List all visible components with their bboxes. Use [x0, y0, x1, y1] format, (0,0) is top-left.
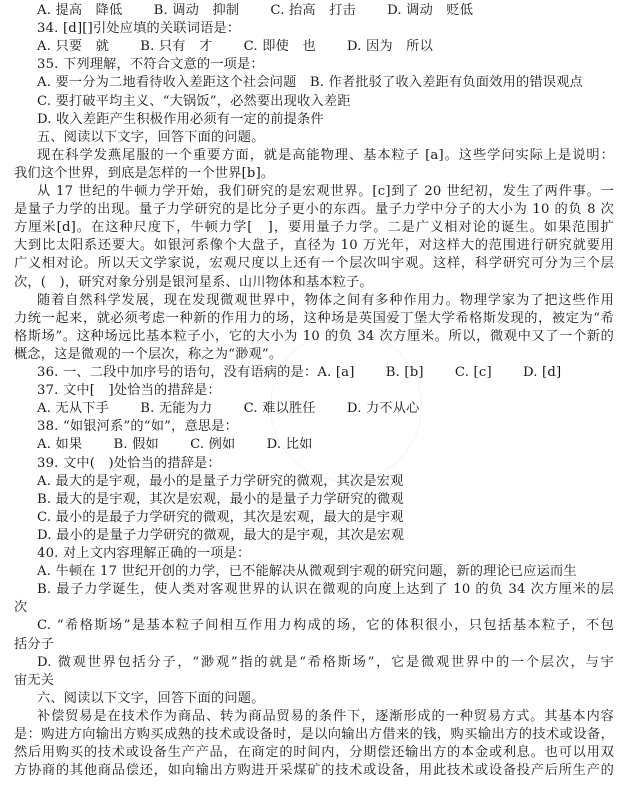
text-line: 广义相对论。所以天文学家说，宏观尺度以上还有一个层次叫宇观。这样，科学研究可分为… [14, 255, 614, 273]
text-line: A. 提高 降低 B. 调动 抑制 C. 抬高 打击 D. 调动 贬低 [37, 2, 614, 20]
text-line: 36. 一、二段中加序号的语句，没有语病的是：A. [a] B. [b] C. … [37, 364, 614, 382]
text-line: 大到比太阳系还要大。如银河系像个大盘子，直径为 10 万光年，对这样大的范围进行… [14, 237, 614, 255]
text-line: A. 牛顿在 17 世纪开创的力学，已不能解决从微观到宇观的研究问题，新的理论已… [37, 563, 614, 581]
text-line: C. “希格斯场”是基本粒子间相互作用力构成的场，它的体积很小，只包括基本粒子，… [37, 617, 614, 635]
text-line: B. 最子力学诞生，使人类对客观世界的认识在微观的向度上达到了 10 的负 34… [37, 581, 614, 599]
text-line: 宙无关 [14, 672, 614, 690]
text-line: C. 最小的是最子力学研究的微观，其次是宏观，最大的是宇观 [37, 509, 614, 527]
text-line: 力统一起来，就必须考虑一种新的作用力的场，这种场是英国爱丁堡大学希格斯发现的，被… [14, 310, 614, 328]
text-line: A. 最大的是宇观，最小的是量子力学研究的微观，其次是宏观 [37, 473, 614, 491]
text-line: 40. 对上文内容理解正确的一项是： [37, 545, 614, 563]
text-line: 方厘米[d]。在这种尺度下，牛顿力学[ ]，要用量子力学。二是广义相对论的诞生。… [14, 219, 614, 237]
text-line: A. 要一分为二地看待收入差距这个社会问题 B. 作者批驳了收入差距有负面效用的… [37, 74, 614, 92]
text-line: C. 要打破平均主义、“大锅饭”，必然要出现收入差距 [37, 93, 614, 111]
text-line: 五、阅读以下文字，回答下面的问题。 [37, 129, 614, 147]
text-line: 随着自然科学发展，现在发现微观世界中，物体之间有多种作用力。物理学家为了把这些作… [37, 292, 614, 310]
text-line: A. 如果 B. 假如 C. 例如 D. 比如 [37, 436, 614, 454]
text-line: D. 微观世界包括分子，“渺观”指的就是“希格斯场”，它是微观世界中的一个层次，… [37, 654, 614, 672]
text-line: 现在科学发燕尾服的一个重要方面，就是高能物理、基本粒子 [a]。这些学问实际上是… [37, 147, 614, 165]
text-line: 我们这个世界，到底是怎样的一个世界[b]。 [14, 165, 614, 183]
text-line: 括分子 [14, 636, 614, 654]
text-line: 概念，这是微观的一个层次，称之为“渺观”。 [14, 346, 614, 364]
text-line: 从 17 世纪的牛顿力学开始，我们研究的是宏观世界。[c]到了 20 世纪初，发… [37, 183, 614, 201]
text-line: 是：购进方向输出方购买成熟的技术或设备时，是以向输出方借来的钱，购买输出方的技术… [14, 726, 614, 744]
text-line: A. 无从下手 B. 无能为力 C. 难以胜任 D. 力不从心 [37, 400, 614, 418]
text-line: 34. [d][]引处应填的关联词语是： [37, 20, 614, 38]
text-line: 37. 文中[ ]处恰当的措辞是： [37, 382, 614, 400]
text-line: 次，( )，研究对象分别是银河星系、山川物体和基本粒子。 [14, 274, 614, 292]
text-line: 补偿贸易是在技术作为商品、转为商品贸易的条件下，逐渐形成的一种贸易方式。其基本内… [37, 708, 614, 726]
text-line: 35. 下列理解，不符合文意的一项是： [37, 56, 614, 74]
text-line: 38. “如银河系”的“如”，意思是： [37, 418, 614, 436]
text-line: A. 只要 就 B. 只有 才 C. 即使 也 D. 因为 所以 [37, 38, 614, 56]
text-line: B. 最大的是宇观，其次是宏观，最小的是量子力学研究的微观 [37, 491, 614, 509]
text-line: 六、阅读以下文字，回答下面的问题。 [37, 690, 614, 708]
text-line: 是量子力学的出现。量子力学研究的是比分子更小的东西。量子力学中分子的大小为 10… [14, 201, 614, 219]
text-line: 次 [14, 599, 614, 617]
text-line: 方协商的其他商品偿还，如向输出方购进开采煤矿的技术或设备，用此技术或设备投产后所… [14, 762, 614, 780]
exam-page: A. 提高 降低 B. 调动 抑制 C. 抬高 打击 D. 调动 贬低34. [… [0, 0, 625, 790]
text-line: 格斯场”。这种场远比基本粒子小，它的大小为 10 的负 34 次方厘米。所以，微… [14, 328, 614, 346]
text-line: D. 最小的是量子力学研究的微观，最大的是宇观，其次是宏观 [37, 527, 614, 545]
text-line: 然后用购买的技术或设备生产产品，在商定的时间内，分期偿还输出方的本金或利息。也可… [14, 744, 614, 762]
text-line: 39. 文中( )处恰当的措辞是： [37, 455, 614, 473]
text-line: D. 收入差距产生积极作用必须有一定的前提条件 [37, 111, 614, 129]
